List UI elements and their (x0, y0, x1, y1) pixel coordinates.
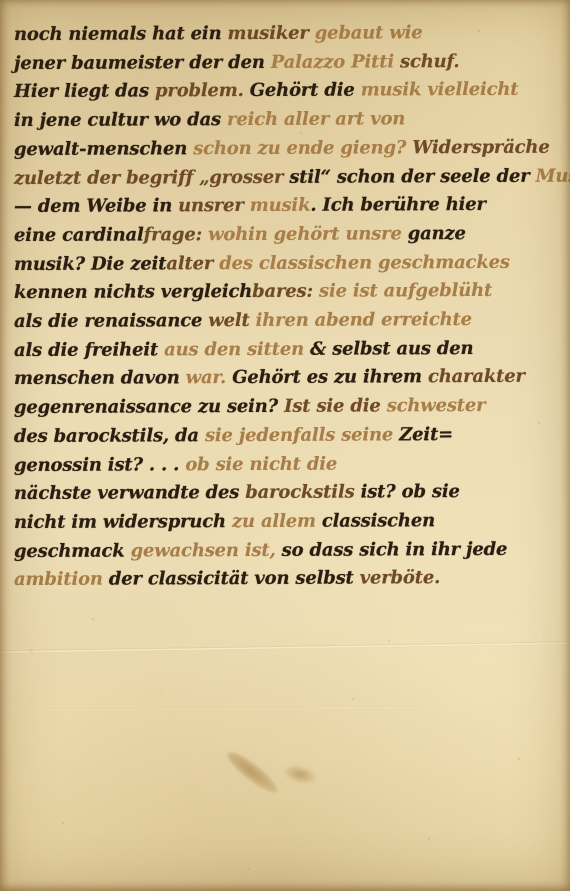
ink-segment: unsrer (178, 195, 250, 216)
ink-segment: geschmack (14, 540, 131, 562)
ink-segment: ihren abend erreichte (256, 309, 472, 331)
manuscript-line: — dem Weibe in unsrer musik. Ich berühre… (14, 191, 562, 222)
ink-segment: Gehört die (250, 80, 361, 101)
ink-segment: gebaut wie (315, 22, 423, 43)
manuscript-line: nächste verwandte des barockstils ist? o… (14, 478, 562, 509)
manuscript-line: genossin ist? . . . ob sie nicht die (14, 449, 562, 480)
ink-segment: . Ich berühre hier (310, 194, 486, 216)
ink-segment: — dem Weibe in (14, 196, 178, 218)
ink-segment: bares: (252, 281, 319, 302)
ink-segment: Zeit= (399, 424, 453, 445)
manuscript-line: als die renaissance welt ihren abend err… (14, 306, 562, 337)
manuscript-line: kennen nichts vergleichbares: sie ist au… (14, 277, 562, 308)
ink-segment: Hier liegt das (14, 81, 155, 103)
manuscript-line: menschen davon war. Gehört es zu ihrem c… (14, 363, 562, 394)
manuscript-line: ambition der classicität von selbst verb… (14, 564, 562, 595)
foxing-speckles (0, 0, 2, 2)
ink-segment: so dass sich in ihr jede (282, 539, 508, 561)
ink-segment: in jene cultur wo das (14, 109, 227, 131)
ink-segment: sie ist aufgeblüht (319, 280, 492, 302)
ink-segment: schon zu ende gieng? (193, 137, 412, 159)
ink-segment: gewalt-menschen (14, 138, 193, 160)
ink-segment: stil“ schon der seele der (289, 165, 535, 187)
ink-segment: kennen nichts vergleich (14, 281, 252, 303)
manuscript-page: noch niemals hat ein musiker gebaut wiej… (0, 0, 570, 891)
ink-segment: musik? Die zeit (14, 253, 166, 275)
ink-segment: Widerspräche (412, 136, 549, 158)
ink-segment: Gehört es zu ihrem (232, 367, 428, 389)
ink-stain (223, 747, 282, 798)
ink-segment: barockstils (245, 482, 360, 504)
manuscript-line: noch niemals hat ein musiker gebaut wie (14, 19, 562, 50)
manuscript-line: gegenrenaissance zu sein? Ist sie die sc… (14, 392, 562, 423)
ink-segment: wohin gehört unsre (208, 223, 408, 245)
ink-segment: war. (186, 367, 233, 388)
ink-segment: Palazzo Pitti (271, 51, 400, 73)
ink-segment: alter (166, 253, 219, 274)
ink-segment: musiker (227, 23, 314, 44)
ink-segment: aus den sitten (164, 338, 310, 360)
ink-segment: musik (250, 195, 311, 216)
ink-segment: ganze (408, 223, 466, 244)
fold-crease-faint (0, 705, 570, 712)
manuscript-text: noch niemals hat ein musiker gebaut wiej… (14, 21, 562, 595)
ink-segment: Ist sie die (284, 396, 387, 417)
ink-segment: musik vielleicht (361, 79, 519, 101)
ink-segment: als die freiheit (14, 339, 164, 361)
ink-segment: als die renaissance (14, 310, 208, 332)
ink-segment: der classicität von selbst (109, 568, 360, 590)
ink-segment: jener baumeister der den (14, 52, 271, 74)
ink-segment: ob sie nicht die (185, 453, 337, 475)
ink-stain-blob (281, 762, 318, 787)
ink-segment: nächste verwandte des (14, 482, 245, 504)
ink-segment: schuf. (400, 51, 460, 72)
ink-segment: reich aller art von (227, 108, 405, 130)
ink-segment: noch niemals hat ein (14, 23, 228, 45)
ink-segment: des barockstils, da (14, 425, 205, 447)
ink-segment: des classischen geschmackes (219, 251, 510, 273)
ink-segment: charakter (428, 366, 525, 387)
ink-segment: sie jedenfalls seine (205, 424, 399, 446)
ink-segment: ist? ob sie (361, 481, 460, 502)
ink-segment: eine cardinal (14, 224, 144, 246)
manuscript-line: Hier liegt das problem. Gehört die musik… (14, 76, 562, 107)
ink-segment: & selbst aus den (310, 338, 473, 360)
ink-segment: gewachsen ist, (131, 539, 282, 561)
manuscript-line: zuletzt der begriff „grosser stil“ schon… (14, 162, 562, 193)
manuscript-line: geschmack gewachsen ist, so dass sich in… (14, 535, 562, 566)
ink-segment: frage: (144, 224, 209, 245)
ink-segment: gegenrenaissance zu sein? (14, 396, 284, 418)
manuscript-line: als die freiheit aus den sitten & selbst… (14, 334, 562, 365)
ink-segment: Musik (536, 165, 570, 186)
manuscript-line: in jene cultur wo das reich aller art vo… (14, 105, 562, 136)
fold-crease (0, 641, 570, 653)
manuscript-line: nicht im widerspruch zu allem classische… (14, 507, 562, 538)
ink-segment: verböte. (360, 568, 441, 589)
manuscript-line: des barockstils, da sie jedenfalls seine… (14, 420, 562, 451)
ink-segment: zu allem (232, 511, 322, 532)
ink-segment: menschen davon (14, 368, 186, 390)
ink-segment: welt (208, 310, 255, 331)
manuscript-line: musik? Die zeitalter des classischen ges… (14, 248, 562, 279)
manuscript-line: eine cardinalfrage: wohin gehört unsre g… (14, 220, 562, 251)
ink-segment: ambition (14, 569, 109, 590)
ink-segment: zuletzt der begriff „grosser (14, 166, 289, 188)
ink-segment: nicht im widerspruch (14, 511, 232, 533)
ink-segment: schwester (387, 395, 486, 416)
ink-segment: classischen (322, 510, 435, 531)
manuscript-line: jener baumeister der den Palazzo Pitti s… (14, 47, 562, 78)
ink-segment: problem. (155, 80, 250, 101)
manuscript-line: gewalt-menschen schon zu ende gieng? Wid… (14, 133, 562, 164)
ink-segment: genossin ist? . . . (14, 454, 185, 476)
